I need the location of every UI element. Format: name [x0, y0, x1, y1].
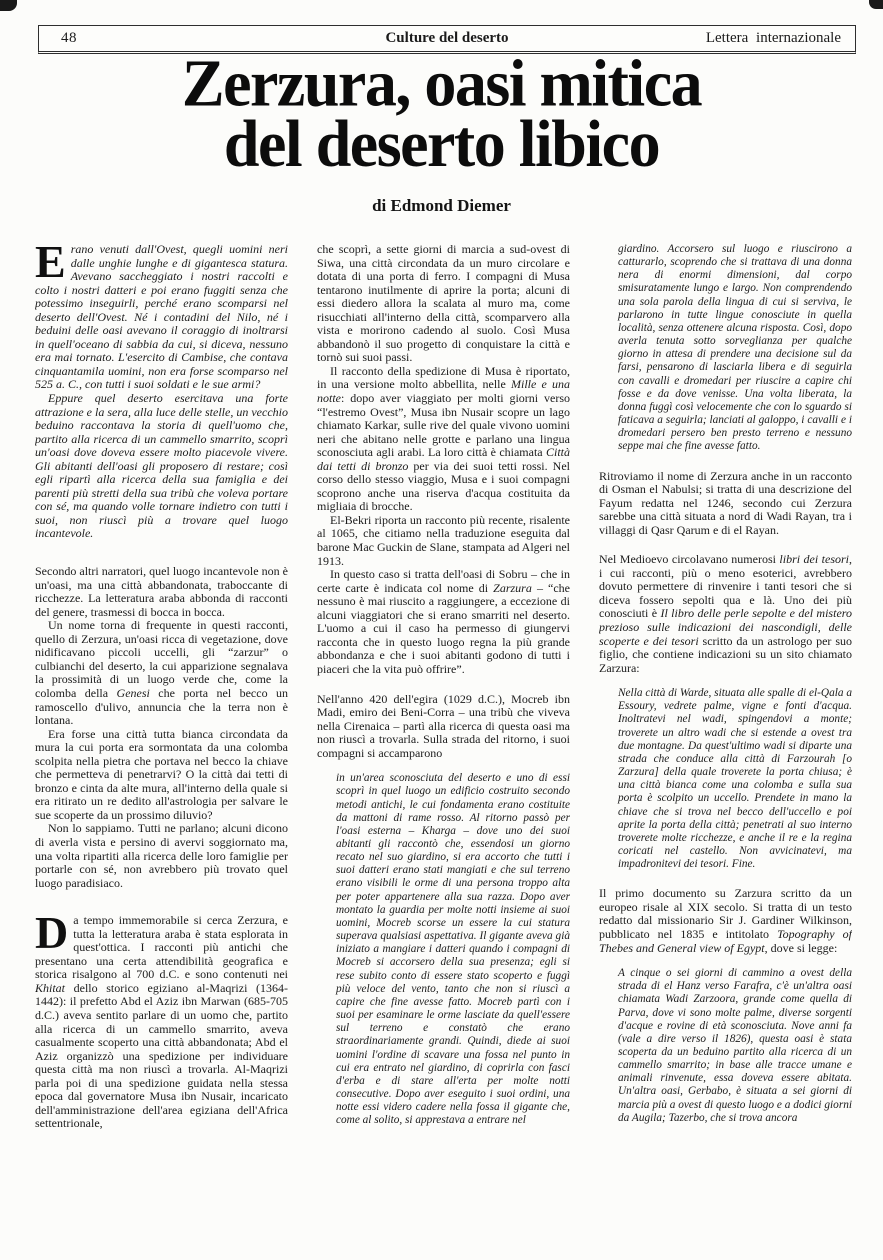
text-run: Era forse una città tutta bianca circond…	[35, 727, 288, 822]
text-run: Non lo sappiamo. Tutti ne parlano; alcun…	[35, 821, 288, 889]
paragraph: Ritroviamo il nome di Zerzura anche in u…	[599, 470, 852, 538]
paragraph: Era forse una città tutta bianca circond…	[35, 728, 288, 823]
paragraph: Il primo documento su Zarzura scritto da…	[599, 887, 852, 955]
paragraph: Il racconto della spedizione di Musa è r…	[317, 365, 570, 514]
text-column-2: che scoprì, a sette giorni di marcia a s…	[317, 243, 570, 1238]
text-run: A cinque o sei giorni di cammino a ovest…	[618, 967, 852, 1124]
text-run: – “che nessuno è mai riuscito a raggiung…	[317, 581, 570, 676]
blockquote: giardino. Accorsero sul luogo e riusciro…	[618, 243, 852, 454]
paragraph: Erano venuti dall'Ovest, quegli uomini n…	[35, 243, 288, 392]
blockquote: Nella città di Warde, situata alle spall…	[618, 687, 852, 871]
text-run: Genesi	[117, 686, 150, 700]
byline: di Edmond Diemer	[0, 196, 883, 216]
paragraph: Non lo sappiamo. Tutti ne parlano; alcun…	[35, 822, 288, 890]
article-header: Zerzura, oasi miticadel deserto libico d…	[0, 56, 883, 216]
paragraph: In questo caso si tratta dell'oasi di So…	[317, 568, 570, 676]
blockquote: A cinque o sei giorni di cammino a ovest…	[618, 967, 852, 1125]
text-column-3: giardino. Accorsero sul luogo e riusciro…	[599, 243, 852, 1238]
paragraph: Nel Medioevo circolavano numerosi libri …	[599, 553, 852, 675]
publication-name: Lettera internazionale	[706, 30, 841, 47]
text-run: Eppure quel deserto esercitava una forte…	[35, 391, 288, 540]
text-run: in un'area sconosciuta del deserto e uno…	[336, 772, 570, 1126]
paragraph: Da tempo immemorabile si cerca Zerzura, …	[35, 914, 288, 1131]
paragraph: Secondo altri narratori, quel luogo inca…	[35, 565, 288, 619]
text-run: a tempo immemorabile si cerca Zerzura, e…	[35, 913, 288, 981]
drop-cap: D	[35, 914, 73, 951]
text-run: dello storico egiziano al-Maqrizi (1364-…	[35, 981, 288, 1130]
text-run: libri dei tesori	[779, 552, 849, 566]
article-body: Erano venuti dall'Ovest, quegli uomini n…	[35, 243, 853, 1238]
paragraph: Nell'anno 420 dell'egira (1029 d.C.), Mo…	[317, 693, 570, 761]
article-title: Zerzura, oasi miticadel deserto libico	[0, 54, 883, 175]
paragraph: El-Bekri riporta un racconto più recente…	[317, 514, 570, 568]
paragraph: Un nome torna di frequente in questi rac…	[35, 619, 288, 727]
text-run: Ritroviamo il nome di Zerzura anche in u…	[599, 469, 852, 537]
text-run: : dopo aver viaggiato per molti giorni v…	[317, 391, 570, 459]
section-title: Culture del deserto	[385, 30, 508, 47]
title-line-2: del deserto libico	[224, 107, 659, 181]
scan-artifact	[0, 0, 17, 11]
text-run: Nel Medioevo circolavano numerosi	[599, 552, 779, 566]
text-run: Khitat	[35, 981, 65, 995]
drop-cap: E	[35, 243, 71, 280]
paragraph: Eppure quel deserto esercitava una forte…	[35, 392, 288, 541]
text-run: Secondo altri narratori, quel luogo inca…	[35, 564, 288, 619]
magazine-page: 48 Culture del deserto Lettera internazi…	[0, 0, 883, 1260]
text-run: Nell'anno 420 dell'egira (1029 d.C.), Mo…	[317, 692, 570, 760]
blockquote: in un'area sconosciuta del deserto e uno…	[336, 772, 570, 1127]
text-run: Nella città di Warde, situata alle spall…	[618, 687, 852, 870]
text-run: che scoprì, a sette giorni di marcia a s…	[317, 243, 570, 364]
text-run: giardino. Accorsero sul luogo e riusciro…	[618, 243, 852, 452]
text-run: rano venuti dall'Ovest, quegli uomini ne…	[35, 243, 288, 391]
text-run: Zarzura	[493, 581, 532, 595]
page-number: 48	[61, 30, 77, 47]
text-run: El-Bekri riporta un racconto più recente…	[317, 513, 570, 568]
text-run: , dove si legge:	[765, 941, 838, 955]
text-column-1: Erano venuti dall'Ovest, quegli uomini n…	[35, 243, 288, 1238]
scan-artifact	[869, 0, 883, 9]
paragraph: che scoprì, a sette giorni di marcia a s…	[317, 243, 570, 365]
